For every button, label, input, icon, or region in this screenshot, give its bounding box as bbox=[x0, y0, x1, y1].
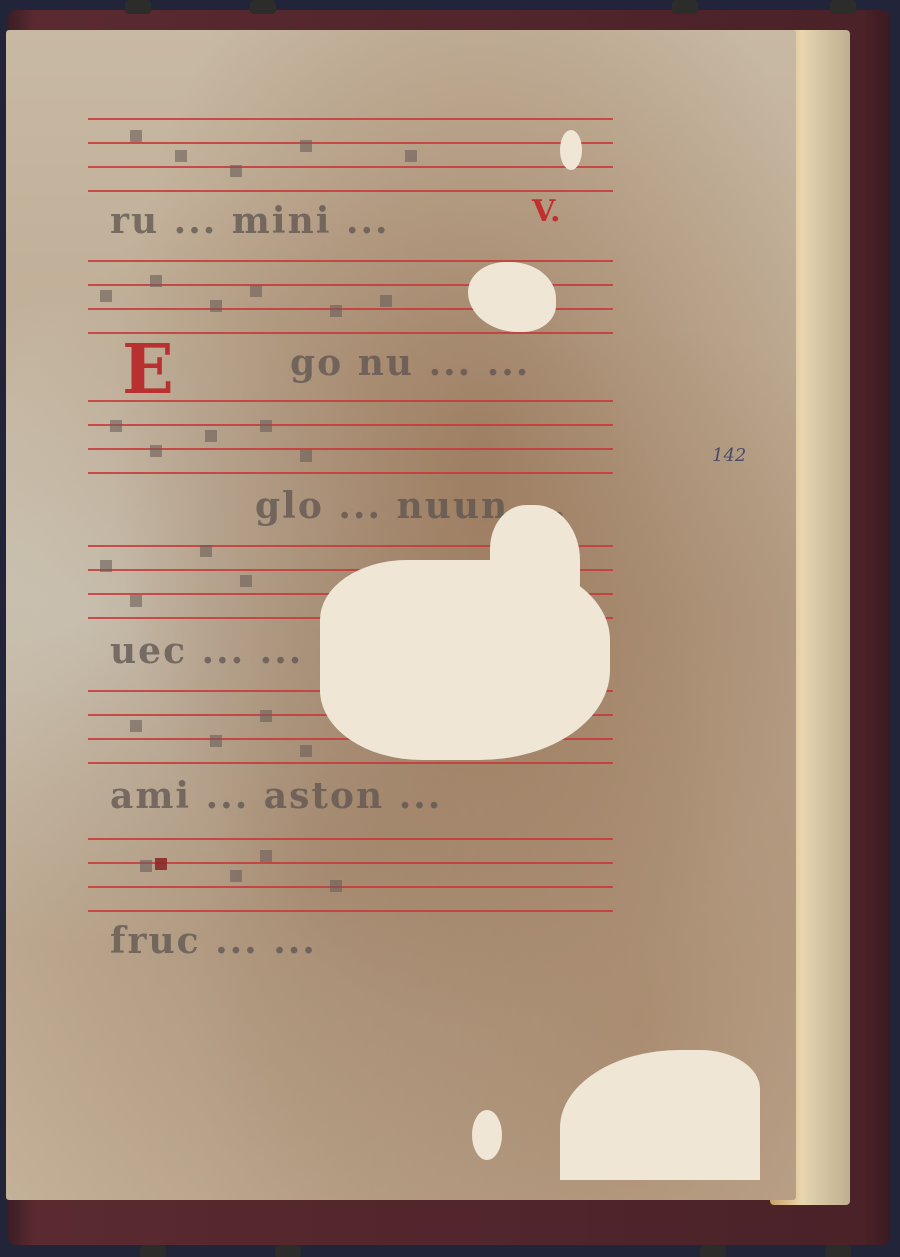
lyric-line: fruc ... ... bbox=[110, 920, 317, 962]
parchment-loss bbox=[490, 505, 580, 615]
lyric-line: ru ... mini ... bbox=[110, 200, 390, 242]
binding-boss bbox=[275, 1245, 301, 1257]
binding-boss bbox=[700, 1245, 726, 1257]
binding-boss bbox=[125, 0, 151, 14]
binding-boss bbox=[830, 0, 856, 14]
binding-boss bbox=[140, 1245, 166, 1257]
binding-boss bbox=[825, 1245, 851, 1257]
lyric-line: ami ... aston ... bbox=[110, 775, 442, 817]
binding-boss bbox=[250, 0, 276, 14]
binding-boss bbox=[672, 0, 698, 14]
rubric-versicle: V. bbox=[532, 194, 560, 229]
lyric-line: uec ... ... bbox=[110, 630, 303, 672]
lyric-line: go nu ... ... bbox=[290, 342, 530, 384]
folio-number: 142 bbox=[712, 445, 746, 466]
decorated-initial: E bbox=[122, 330, 174, 410]
parchment-loss bbox=[472, 1110, 502, 1160]
parchment-loss bbox=[560, 130, 582, 170]
